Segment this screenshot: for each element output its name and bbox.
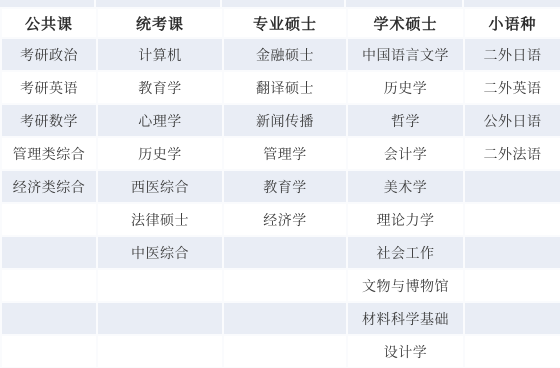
table-cell [97, 335, 223, 368]
table-cell: 考研数学 [1, 104, 97, 137]
table-row: 法律硕士 经济学 理论力学 [1, 203, 560, 236]
table-cell: 金融硕士 [223, 38, 347, 71]
table-cell: 新闻传播 [223, 104, 347, 137]
table-cell [464, 302, 560, 335]
table-cell: 理论力学 [347, 203, 464, 236]
column-header-minor-language: 小语种 [464, 8, 560, 38]
table-cell [223, 302, 347, 335]
column-header-academic-master: 学术硕士 [347, 8, 464, 38]
top-strip-cell [0, 0, 96, 7]
table-cell: 经济学 [223, 203, 347, 236]
table-cell: 西医综合 [97, 170, 223, 203]
exam-subjects-table: 公共课 统考课 专业硕士 学术硕士 小语种 考研政治 计算机 金融硕士 中国语言… [0, 7, 560, 368]
table-cell [464, 335, 560, 368]
column-header-unified-exam: 统考课 [97, 8, 223, 38]
top-strip [0, 0, 560, 7]
table-cell [464, 236, 560, 269]
top-strip-cell [222, 0, 346, 7]
table-row: 材料科学基础 [1, 302, 560, 335]
top-strip-cell [464, 0, 560, 7]
table-cell [223, 236, 347, 269]
table-row: 设计学 [1, 335, 560, 368]
table-cell [1, 203, 97, 236]
table-cell: 管理学 [223, 137, 347, 170]
table-cell: 二外英语 [464, 71, 560, 104]
table-cell: 教育学 [97, 71, 223, 104]
table-cell: 中国语言文学 [347, 38, 464, 71]
table-cell [464, 269, 560, 302]
table-cell: 公外日语 [464, 104, 560, 137]
table-cell [464, 203, 560, 236]
table-row: 考研政治 计算机 金融硕士 中国语言文学 二外日语 [1, 38, 560, 71]
table-row: 中医综合 社会工作 [1, 236, 560, 269]
table-cell [1, 236, 97, 269]
table-cell: 会计学 [347, 137, 464, 170]
column-header-professional-master: 专业硕士 [223, 8, 347, 38]
table-cell: 哲学 [347, 104, 464, 137]
table-row: 经济类综合 西医综合 教育学 美术学 [1, 170, 560, 203]
table-cell: 中医综合 [97, 236, 223, 269]
table-cell: 心理学 [97, 104, 223, 137]
table-cell: 文物与博物馆 [347, 269, 464, 302]
table-row: 文物与博物馆 [1, 269, 560, 302]
table-row: 管理类综合 历史学 管理学 会计学 二外法语 [1, 137, 560, 170]
table-cell: 翻译硕士 [223, 71, 347, 104]
top-strip-cell [346, 0, 464, 7]
table-cell: 教育学 [223, 170, 347, 203]
table-cell: 考研英语 [1, 71, 97, 104]
table-cell [97, 269, 223, 302]
subject-table-page: 公共课 统考课 专业硕士 学术硕士 小语种 考研政治 计算机 金融硕士 中国语言… [0, 0, 560, 368]
table-cell: 经济类综合 [1, 170, 97, 203]
table-cell: 历史学 [347, 71, 464, 104]
table-cell [97, 302, 223, 335]
table-cell [223, 269, 347, 302]
table-cell: 管理类综合 [1, 137, 97, 170]
table-cell: 考研政治 [1, 38, 97, 71]
table-cell [223, 335, 347, 368]
table-cell: 历史学 [97, 137, 223, 170]
table-cell: 设计学 [347, 335, 464, 368]
table-cell: 二外法语 [464, 137, 560, 170]
table-row: 考研数学 心理学 新闻传播 哲学 公外日语 [1, 104, 560, 137]
table-cell: 美术学 [347, 170, 464, 203]
header-row: 公共课 统考课 专业硕士 学术硕士 小语种 [1, 8, 560, 38]
table-cell: 社会工作 [347, 236, 464, 269]
table-cell [1, 335, 97, 368]
table-cell: 二外日语 [464, 38, 560, 71]
table-cell: 计算机 [97, 38, 223, 71]
table-cell [464, 170, 560, 203]
top-strip-cell [96, 0, 222, 7]
table-row: 考研英语 教育学 翻译硕士 历史学 二外英语 [1, 71, 560, 104]
table-cell: 材料科学基础 [347, 302, 464, 335]
table-cell: 法律硕士 [97, 203, 223, 236]
table-cell [1, 302, 97, 335]
column-header-public-courses: 公共课 [1, 8, 97, 38]
table-cell [1, 269, 97, 302]
